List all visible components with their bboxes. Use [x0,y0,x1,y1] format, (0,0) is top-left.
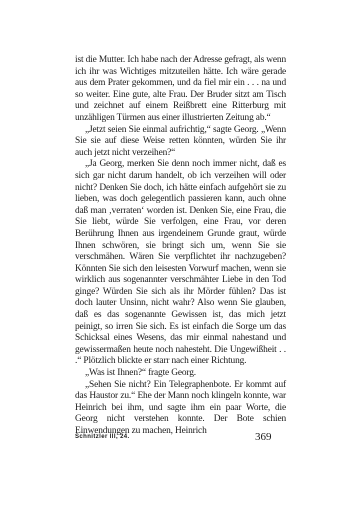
page-footer: Schnitzler III, 24. 369 [75,431,286,445]
printer-signature: Schnitzler III, 24. [75,434,130,440]
paragraph-5: „Sehen Sie nicht? Ein Telegraphenbote. E… [75,380,286,438]
text-block: ist die Mutter. Ich habe nach der Adress… [75,55,286,438]
paragraph-1: ist die Mutter. Ich habe nach der Adress… [75,55,286,125]
page-body: ist die Mutter. Ich habe nach der Adress… [75,55,286,438]
page-number: 369 [255,431,272,443]
paragraph-3: „Ja Georg, merken Sie denn noch immer ni… [75,159,286,368]
paragraph-4: „Was ist Ihnen?“ fragte Georg. [75,368,286,380]
paragraph-2: „Jetzt seien Sie einmal aufrichtig,“ sag… [75,125,286,160]
